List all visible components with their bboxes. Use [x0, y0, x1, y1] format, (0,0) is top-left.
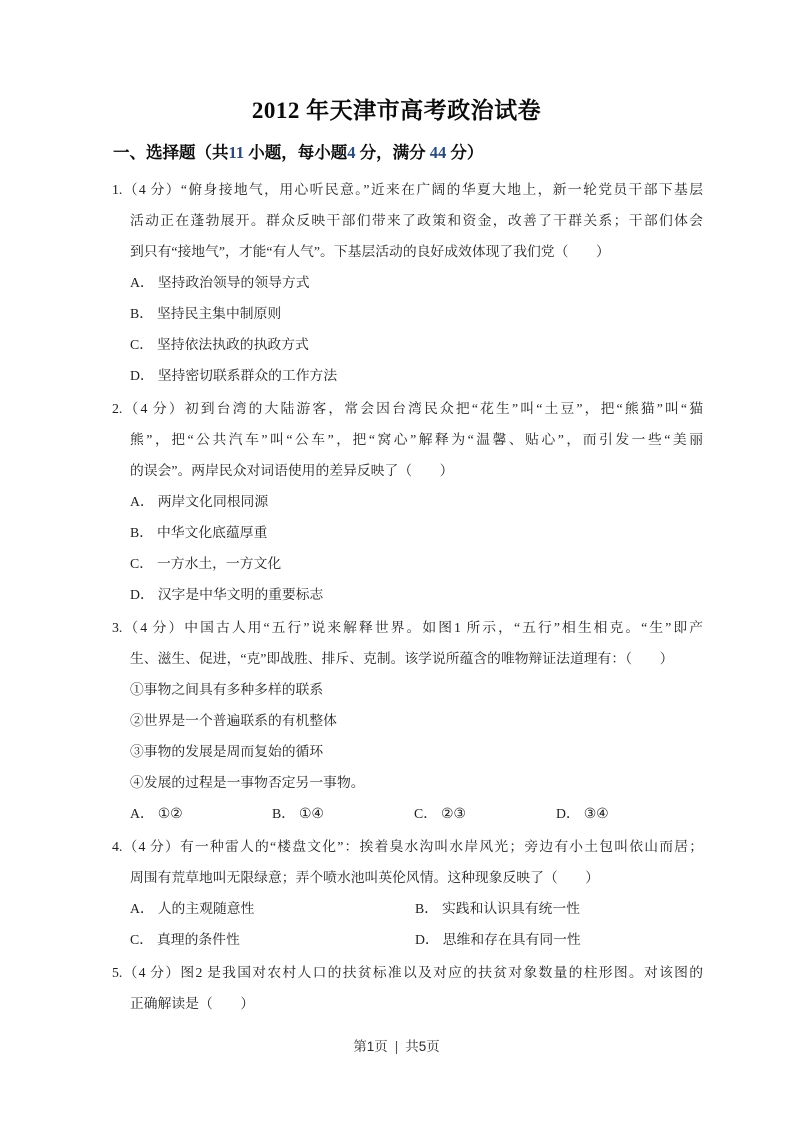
- exam-page: 2012 年天津市高考政治试卷 一、选择题（共11 小题，每小题4 分，满分 4…: [0, 0, 793, 1122]
- option-text: 坚持民主集中制原则: [157, 306, 281, 321]
- subitem-3: ③事物的发展是周而复始的循环: [130, 736, 703, 767]
- question-text-line: 的误会”。两岸民众对词语使用的差异反映了（ ）: [130, 455, 703, 486]
- option-label: C．: [130, 556, 153, 571]
- option-b: B．中华文化底蕴厚重: [130, 517, 703, 548]
- option-text: ①④: [299, 806, 324, 821]
- section-question-count: 11: [229, 143, 245, 162]
- option-text: 人的主观随意性: [158, 901, 255, 916]
- question-text-line: 4.（4 分）有一种雷人的“楼盘文化”：挨着臭水沟叫水岸风光；旁边有小土包叫依山…: [112, 831, 703, 862]
- options-grid: A．人的主观随意性 B．实践和认识具有统一性 C．真理的条件性 D．思维和存在具…: [130, 893, 703, 955]
- question-text-line: 周围有荒草地叫无限绿意；弄个喷水池叫英伦风情。这种现象反映了（ ）: [130, 862, 703, 893]
- option-label: B．: [272, 806, 295, 821]
- page-separator: |: [395, 1039, 399, 1054]
- option-b: B．实践和认识具有统一性: [415, 893, 703, 924]
- subitem-2: ②世界是一个普遍联系的有机整体: [130, 705, 703, 736]
- option-d: D．坚持密切联系群众的工作方法: [130, 360, 703, 391]
- section-heading-text: 小题，每小题: [244, 143, 347, 162]
- section-heading-text: 分）: [446, 143, 483, 162]
- question-text-line: 1.（4 分）“俯身接地气，用心听民意。”近来在广阔的华夏大地上，新一轮党员干部…: [112, 174, 703, 205]
- option-label: D．: [556, 806, 580, 821]
- option-d: D．思维和存在具有同一性: [415, 924, 703, 955]
- section-heading: 一、选择题（共11 小题，每小题4 分，满分 44 分）: [113, 141, 703, 165]
- option-label: D．: [130, 587, 154, 602]
- option-text: 坚持政治领导的领导方式: [158, 275, 310, 290]
- option-label: C．: [414, 806, 437, 821]
- option-text: 两岸文化同根同源: [158, 494, 268, 509]
- option-text: ①②: [158, 806, 183, 821]
- option-label: B．: [415, 901, 438, 916]
- option-b: B．①④: [272, 798, 414, 829]
- page-footer: 第1页|共5页: [0, 1036, 793, 1058]
- question-1: 1.（4 分）“俯身接地气，用心听民意。”近来在广阔的华夏大地上，新一轮党员干部…: [130, 174, 703, 391]
- section-heading-text: 一、选择题（共: [113, 143, 229, 162]
- option-label: C．: [130, 932, 153, 947]
- question-5: 5.（4 分）图2 是我国对农村人口的扶贫标准以及对应的扶贫对象数量的柱形图。对…: [130, 957, 703, 1019]
- option-d: D．汉字是中华文明的重要标志: [130, 579, 703, 610]
- total-pages: 共5页: [405, 1039, 440, 1054]
- option-c: C．真理的条件性: [130, 924, 415, 955]
- questions-list: 1.（4 分）“俯身接地气，用心听民意。”近来在广阔的华夏大地上，新一轮党员干部…: [0, 174, 793, 1019]
- question-3: 3.（4 分）中国古人用“五行”说来解释世界。如图1 所示，“五行”相生相克。“…: [130, 612, 703, 829]
- option-b: B．坚持民主集中制原则: [130, 298, 703, 329]
- option-label: C．: [130, 337, 153, 352]
- question-2: 2.（4 分）初到台湾的大陆游客，常会因台湾民众把“花生”叫“土豆”，把“熊猫”…: [130, 393, 703, 610]
- option-label: A．: [130, 901, 154, 916]
- option-c: C．一方水土，一方文化: [130, 548, 703, 579]
- question-text-line: 到只有“接地气”，才能“有人气”。下基层活动的良好成效体现了我们党（ ）: [130, 236, 703, 267]
- subitem-1: ①事物之间具有多种多样的联系: [130, 674, 703, 705]
- page-number: 第1页: [353, 1039, 388, 1054]
- option-text: 坚持依法执政的执政方式: [157, 337, 309, 352]
- question-4: 4.（4 分）有一种雷人的“楼盘文化”：挨着臭水沟叫水岸风光；旁边有小土包叫依山…: [130, 831, 703, 955]
- question-text-line: 3.（4 分）中国古人用“五行”说来解释世界。如图1 所示，“五行”相生相克。“…: [112, 612, 703, 643]
- section-total-points: 44: [430, 143, 447, 162]
- option-label: B．: [130, 525, 153, 540]
- subitem-4: ④发展的过程是一事物否定另一事物。: [130, 767, 703, 798]
- option-text: 一方水土，一方文化: [157, 556, 281, 571]
- option-text: 中华文化底蕴厚重: [157, 525, 267, 540]
- option-c: C．②③: [414, 798, 556, 829]
- option-a: A．两岸文化同根同源: [130, 486, 703, 517]
- option-a: A．人的主观随意性: [130, 893, 415, 924]
- question-text-line: 正确解读是（ ）: [130, 988, 703, 1019]
- option-label: B．: [130, 306, 153, 321]
- section-heading-text: 分，满分: [355, 143, 429, 162]
- option-text: 坚持密切联系群众的工作方法: [158, 368, 337, 383]
- option-text: 汉字是中华文明的重要标志: [158, 587, 324, 602]
- option-label: D．: [415, 932, 439, 947]
- option-text: 思维和存在具有同一性: [443, 932, 581, 947]
- option-a: A．坚持政治领导的领导方式: [130, 267, 703, 298]
- doc-title: 2012 年天津市高考政治试卷: [0, 96, 793, 126]
- option-label: D．: [130, 368, 154, 383]
- option-label: A．: [130, 806, 154, 821]
- option-label: A．: [130, 275, 154, 290]
- option-label: A．: [130, 494, 154, 509]
- question-text-line: 5.（4 分）图2 是我国对农村人口的扶贫标准以及对应的扶贫对象数量的柱形图。对…: [112, 957, 703, 988]
- question-text-line: 2.（4 分）初到台湾的大陆游客，常会因台湾民众把“花生”叫“土豆”，把“熊猫”…: [112, 393, 703, 424]
- option-text: ②③: [441, 806, 466, 821]
- question-text-line: 活动正在蓬勃展开。群众反映干部们带来了政策和资金，改善了干群关系；干部们体会: [130, 205, 703, 236]
- option-c: C．坚持依法执政的执政方式: [130, 329, 703, 360]
- question-text-line: 熊”，把“公共汽车”叫“公车”，把“窝心”解释为“温馨、贴心”，而引发一些“美丽: [130, 424, 703, 455]
- question-text-line: 生、滋生、促进，“克”即战胜、排斥、克制。该学说所蕴含的唯物辩证法道理有：（ ）: [130, 643, 703, 674]
- option-text: 真理的条件性: [157, 932, 240, 947]
- option-text: 实践和认识具有统一性: [442, 901, 580, 916]
- option-text: ③④: [584, 806, 609, 821]
- option-a: A．①②: [130, 798, 272, 829]
- option-d: D．③④: [556, 798, 609, 829]
- options-inline-row: A．①② B．①④ C．②③ D．③④: [130, 798, 703, 829]
